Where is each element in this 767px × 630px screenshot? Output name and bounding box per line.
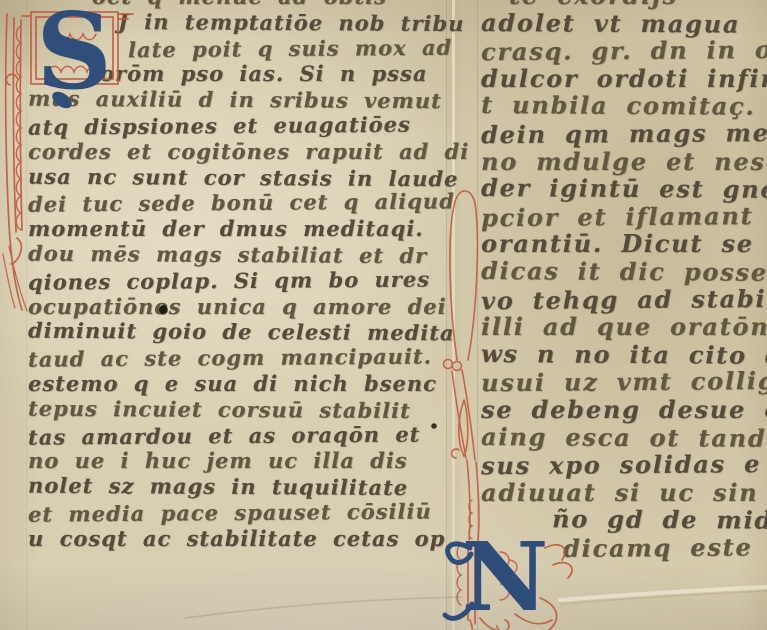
manuscript-line: usa nc sunt cor stasis in laude: [28, 163, 458, 191]
left-border-penwork: [3, 14, 27, 311]
manuscript-line: adiuuat si uc sin s: [481, 479, 767, 507]
wormhole: [159, 305, 168, 315]
manuscript-line: J in temptatiōe nob tribu: [118, 9, 458, 37]
manuscript-line: dein qm mags med: [481, 119, 767, 149]
manuscript-line: dicamq este: [563, 533, 767, 562]
manuscript-line: late poit q suis mox ad: [128, 34, 458, 62]
manuscript-line: taud ac ste cogm mancipauit.: [28, 343, 458, 372]
manuscript-line: cordes et cogitōnes rapuit ad di: [28, 139, 458, 165]
manuscript-line: ño gd de mid: [552, 506, 767, 535]
manuscript-line: aing esca ot tand: [481, 423, 767, 453]
crease-lines: [185, 587, 767, 618]
manuscript-line: vo tehqg ad stabili: [481, 284, 767, 314]
manuscript-line: dou mēs mags stabiliat et dr: [28, 241, 458, 269]
ruling-line: [26, 0, 27, 630]
manuscript-line: pcior et iflamant: [481, 201, 767, 231]
text-column-left: oet q mēnue ad obtis J in temptatiōe nob…: [28, 0, 458, 552]
manuscript-line: crasq. gr. dn in olon: [481, 36, 767, 66]
initial-n-foot: [445, 604, 472, 618]
manuscript-line: adolet vt magua: [481, 9, 767, 39]
manuscript-line: tas amardou et as oraqōn et: [28, 421, 458, 450]
manuscript-line: estemo q e sua di nich bsenc: [28, 371, 458, 397]
text-column-right: te exordijs adolet vt magua crasq. gr. d…: [481, 0, 767, 561]
manuscript-line: tepus incuiet corsuū stabilit: [28, 395, 458, 423]
manuscript-line: illi ad que oratōn: [481, 313, 767, 341]
manuscript-line: orōm pso ias. Si n pssa: [100, 61, 458, 87]
manuscript-line: nolet sz mags in tuquilitate: [28, 473, 458, 501]
manuscript-line: se debeng desue o: [481, 396, 767, 424]
manuscript-line: orantiū. Dicut se: [481, 230, 767, 258]
manuscript-line: diminuit goio de celesti medita: [28, 318, 458, 346]
manuscript-line: ws n no ita cito di: [481, 340, 767, 370]
manuscript-line: dei tuc sede bonū cet q aliqud: [28, 189, 458, 218]
manuscript-line: der igintū est gno.: [481, 174, 767, 204]
manuscript-line: no mdulge et nesco: [481, 148, 767, 176]
manuscript-page: oet q mēnue ad obtis J in temptatiōe nob…: [0, 0, 767, 630]
manuscript-line: usui uz vmt collige: [481, 367, 767, 397]
manuscript-line: qiones coplap. Si qm bo ures: [28, 266, 458, 295]
ruling-line: [477, 0, 478, 630]
manuscript-line: atq dispsiones et euagatiōes: [28, 111, 458, 140]
ink-speck: [431, 423, 437, 429]
manuscript-line: dulcor ordoti infin: [481, 65, 767, 93]
manuscript-line: ocupatiōnes unica q amore dei: [28, 294, 458, 320]
manuscript-line: et media pace spauset cōsiliū: [28, 498, 458, 527]
manuscript-line: sus xpo solidas e: [481, 450, 767, 480]
manuscript-line: t unbila comitaç. sp: [481, 91, 767, 121]
manuscript-line: u cosqt ac stabilitate cetas op: [28, 526, 458, 552]
manuscript-line: momentū der dmus meditaqi.: [28, 216, 458, 242]
manuscript-line: no ue i huc jem uc illa dis: [28, 448, 458, 474]
manuscript-line: dicas it dic posse: [481, 257, 767, 287]
manuscript-line: mus auxiliū d in sribus vemut: [28, 86, 458, 114]
